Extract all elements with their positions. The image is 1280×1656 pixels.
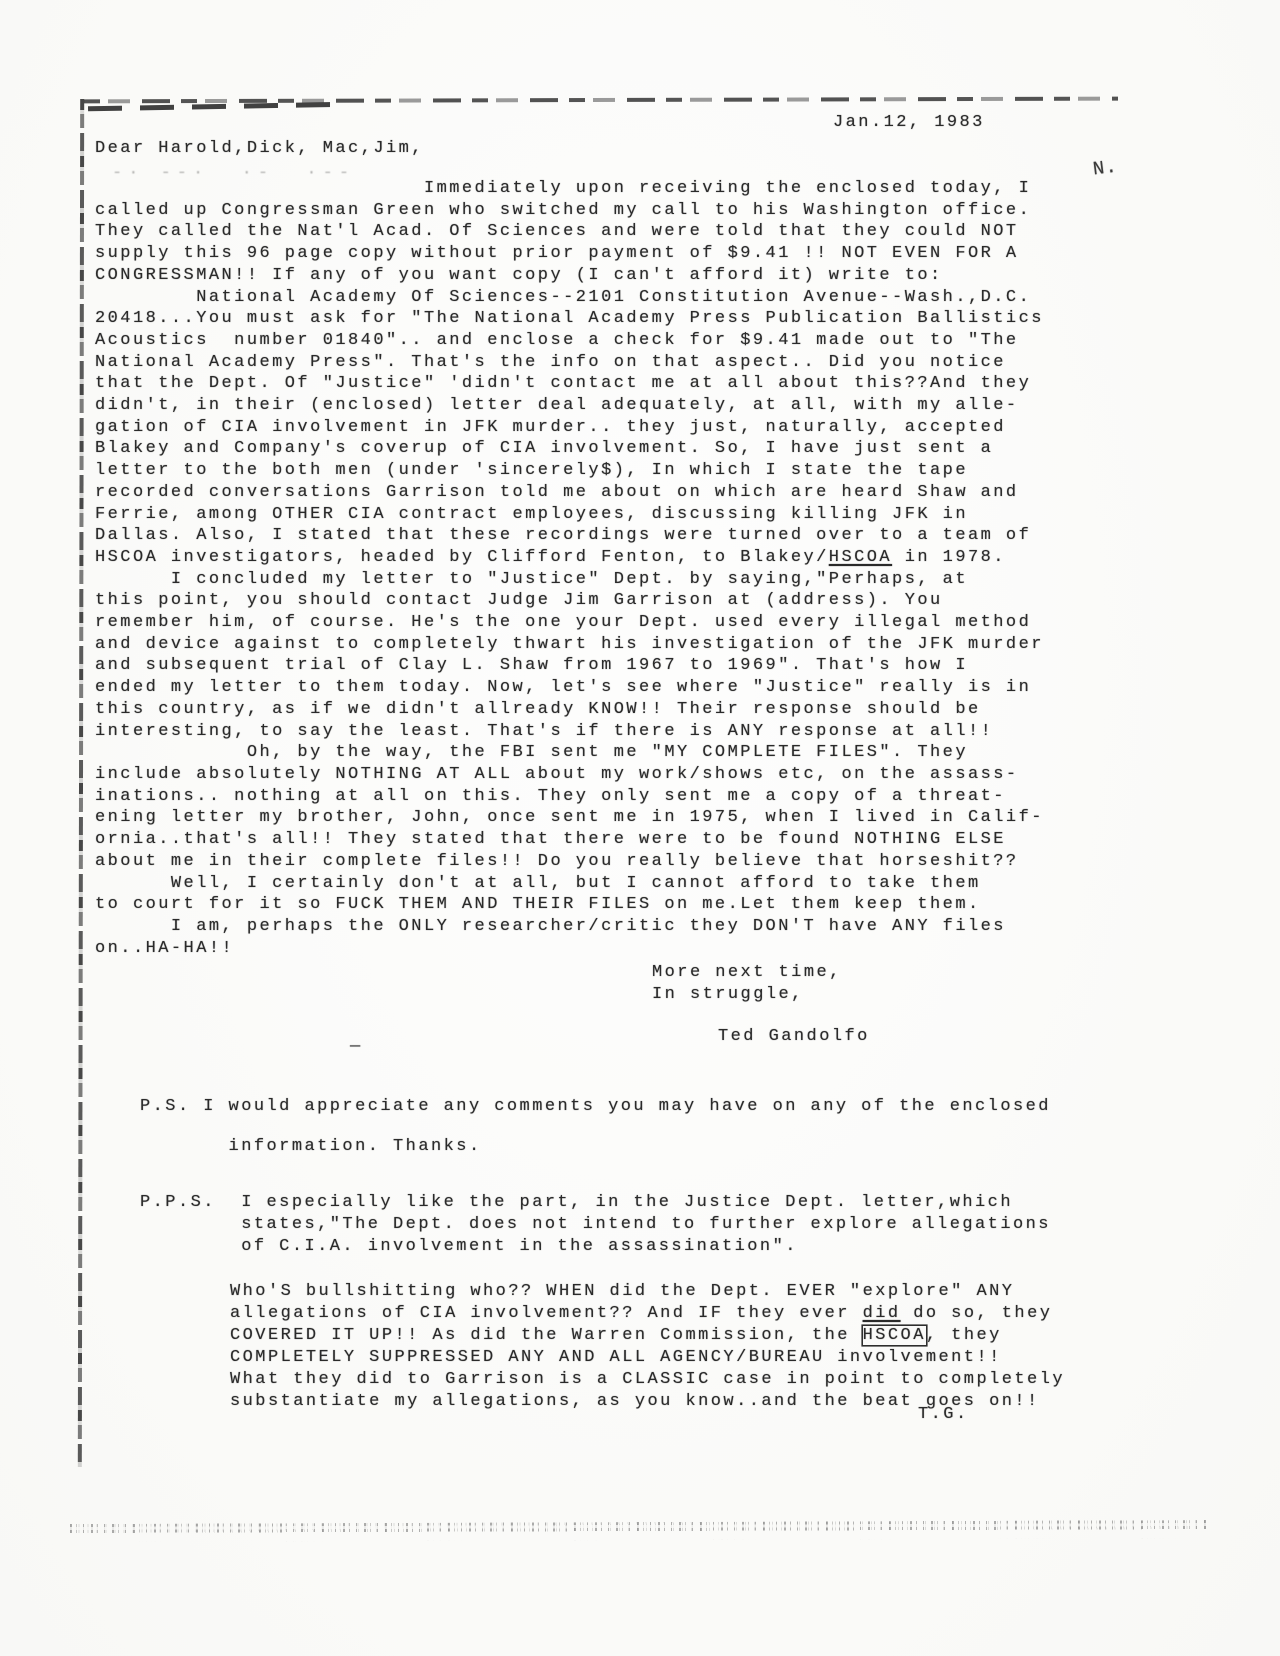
handwritten-margin-mark: N. [1092,157,1119,182]
text-line: this country, as if we didn't allready K… [95,699,1044,721]
scan-artifact-left-binding-edge [78,99,84,1467]
signoff: More next time,In struggle, [652,962,842,1006]
text-line: interesting, to say the least. That's if… [95,721,1044,743]
text-line: I am, perhaps the ONLY researcher/critic… [95,916,1044,938]
text-line: 20418...You must ask for "The National A… [95,308,1044,330]
letter-date: Jan.12, 1983 [833,112,985,134]
text-line: ornia..that's all!! They stated that the… [95,829,1044,851]
text-line: on..HA-HA!! [95,938,1044,960]
text-line: called up Congressman Green who switched… [95,200,1044,222]
text-line: CONGRESSMAN!! If any of you want copy (I… [95,265,1044,287]
salutation: Dear Harold,Dick, Mac,Jim, [95,138,424,160]
text-line: about me in their complete files!! Do yo… [95,851,1044,873]
text-line: include absolutely NOTHING AT ALL about … [95,764,1044,786]
text-line: Well, I certainly don't at all, but I ca… [95,873,1044,895]
scanned-letter-page: Jan.12, 1983 N. Dear Harold,Dick, Mac,Ji… [0,0,1280,1656]
text-line: National Academy Of Sciences--2101 Const… [95,287,1044,309]
text-line: National Academy Press". That's the info… [95,352,1044,374]
text-line: gation of CIA involvement in JFK murder.… [95,417,1044,439]
text-line: Acoustics number 01840".. and enclose a … [95,330,1044,352]
stray-dash-mark: — [350,1036,363,1058]
text-line: P.P.S. I especially like the part, in th… [140,1192,1051,1214]
post-postscript-commentary: Who'S bullshitting who?? WHEN did the De… [230,1281,1065,1413]
scan-artifact-bottom-speckle [70,1520,1210,1542]
text-line: ening letter my brother, John, once sent… [95,807,1044,829]
text-line: to court for it so FUCK THEM AND THEIR F… [95,894,1044,916]
text-line: information. Thanks. [140,1135,1051,1158]
text-line: HSCOA investigators, headed by Clifford … [95,547,1044,569]
text-line: this point, you should contact Judge Jim… [95,590,1044,612]
text-line: of C.I.A. involvement in the assassinati… [140,1236,1051,1258]
text-line: Immediately upon receiving the enclosed … [95,178,1044,200]
text-line: remember him, of course. He's the one yo… [95,612,1044,634]
text-line: that the Dept. Of "Justice" 'didn't cont… [95,373,1044,395]
text-line: COMPLETELY SUPPRESSED ANY AND ALL AGENCY… [230,1347,1065,1369]
text-line: They called the Nat'l Acad. Of Sciences … [95,221,1044,243]
text-line: Blakey and Company's coverup of CIA invo… [95,438,1044,460]
text-line: and device against to completely thwart … [95,634,1044,656]
text-line: I concluded my letter to "Justice" Dept.… [95,569,1044,591]
letter-body: Immediately upon receiving the enclosed … [95,178,1044,959]
text-line: More next time, [652,962,842,984]
text-line: What they did to Garrison is a CLASSIC c… [230,1369,1065,1391]
text-line: recorded conversations Garrison told me … [95,482,1044,504]
post-postscript: P.P.S. I especially like the part, in th… [140,1192,1051,1258]
postscript: P.S. I would appreciate any comments you… [140,1095,1051,1158]
text-line: Oh, by the way, the FBI sent me "MY COMP… [95,742,1044,764]
signature-name: Ted Gandolfo [718,1026,870,1048]
text-line [140,1118,1051,1135]
text-line: In struggle, [652,984,842,1006]
text-line: Who'S bullshitting who?? WHEN did the De… [230,1281,1065,1303]
text-line: and subsequent trial of Clay L. Shaw fro… [95,655,1044,677]
text-line: didn't, in their (enclosed) letter deal … [95,395,1044,417]
text-line: inations.. nothing at all on this. They … [95,786,1044,808]
text-line: states,"The Dept. does not intend to fur… [140,1214,1051,1236]
text-line: Dallas. Also, I stated that these record… [95,525,1044,547]
text-line: COVERED IT UP!! As did the Warren Commis… [230,1325,1065,1347]
text-line: letter to the both men (under 'sincerely… [95,460,1044,482]
text-line: ended my letter to them today. Now, let'… [95,677,1044,699]
text-line: Ferrie, among OTHER CIA contract employe… [95,504,1044,526]
scan-artifact-top-edge [84,97,1118,104]
text-line: allegations of CIA involvement?? And IF … [230,1303,1065,1325]
signature-initials: T.G. [918,1404,969,1426]
text-line: P.S. I would appreciate any comments you… [140,1095,1051,1118]
text-line: supply this 96 page copy without prior p… [95,243,1044,265]
